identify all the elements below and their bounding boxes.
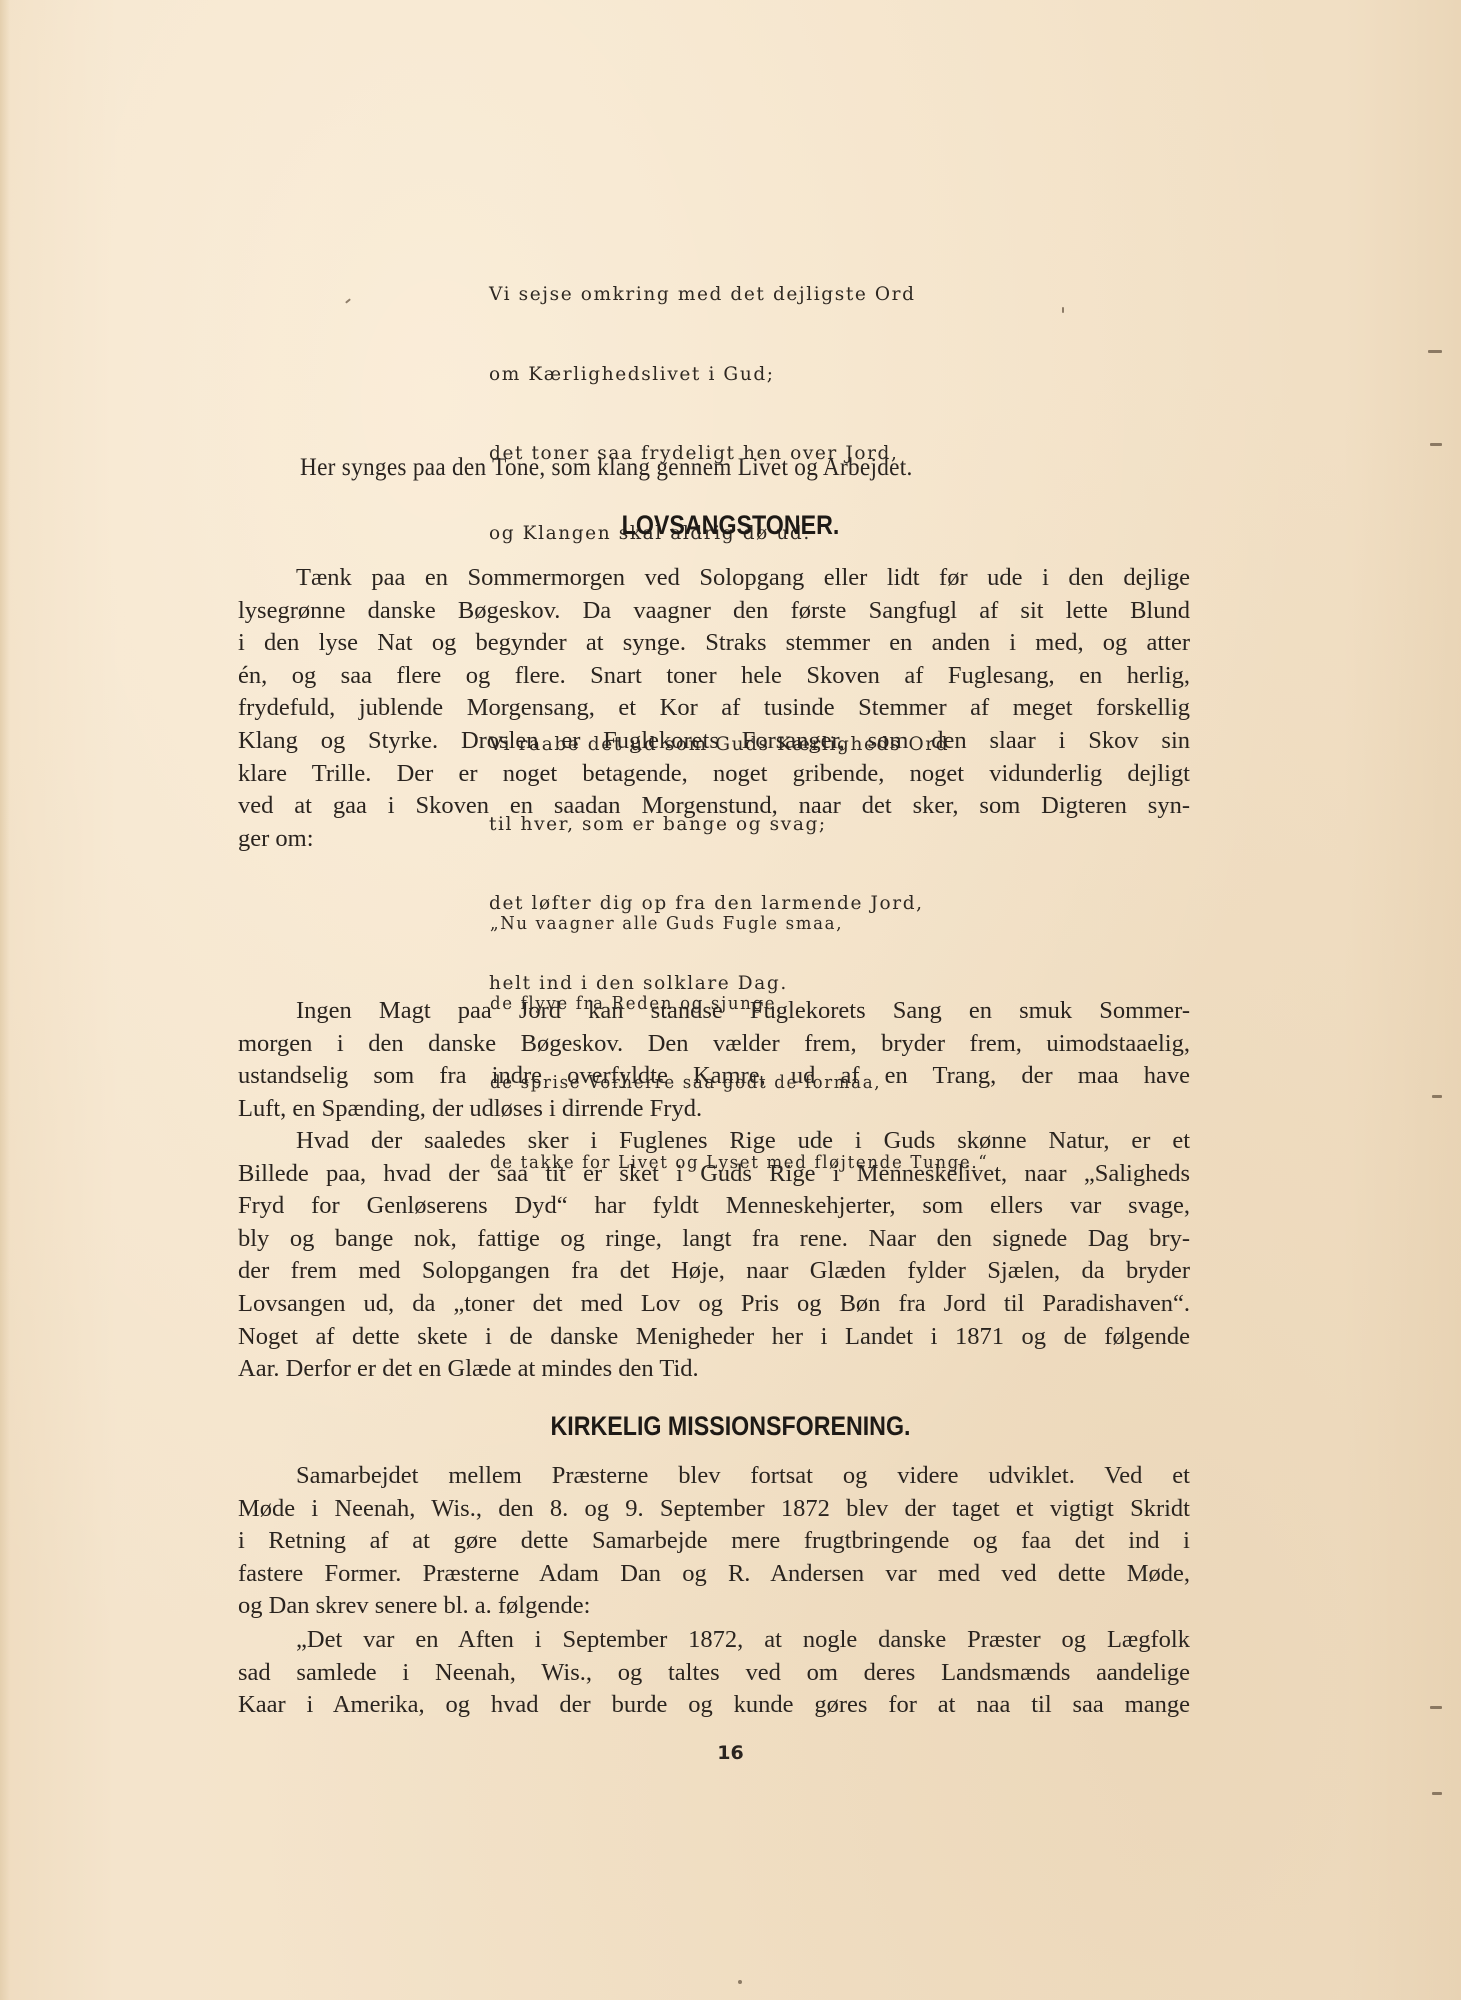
- intro-line: Her synges paa den Tone, som klang genne…: [300, 454, 913, 482]
- margin-mark: [738, 1980, 742, 1984]
- text-line: lysegrønne danske Bøgeskov. Da vaagner d…: [238, 595, 1190, 628]
- section-heading-kirkelig-missionsforening: KIRKELIG MISSIONSFORENING.: [102, 1411, 1358, 1442]
- margin-mark: [1430, 443, 1442, 446]
- text-line: ved at gaa i Skoven en saadan Morgenstun…: [238, 790, 1190, 823]
- text-line: der frem med Solopgangen fra det Høje, n…: [238, 1255, 1190, 1288]
- margin-mark: [1430, 1706, 1442, 1709]
- text-line: og Dan skrev senere bl. a. følgende:: [238, 1590, 1190, 1623]
- margin-mark: [1062, 307, 1064, 313]
- text-line: bly og bange nok, fattige og ringe, lang…: [238, 1223, 1190, 1256]
- text-line: Møde i Neenah, Wis., den 8. og 9. Septem…: [238, 1493, 1190, 1526]
- text-line: Noget af dette skete i de danske Menighe…: [238, 1321, 1190, 1354]
- text-line: Ingen Magt paa Jord kan standse Fuglekor…: [238, 995, 1190, 1028]
- text-line: fastere Former. Præsterne Adam Dan og R.…: [238, 1558, 1190, 1591]
- text-line: morgen i den danske Bøgeskov. Den vælder…: [238, 1028, 1190, 1061]
- text-line: frydefuld, jublende Morgensang, et Kor a…: [238, 692, 1190, 725]
- text-line: „Det var en Aften i September 1872, at n…: [238, 1624, 1190, 1657]
- text-line: én, og saa flere og flere. Snart toner h…: [238, 660, 1190, 693]
- text-line: Tænk paa en Sommermorgen ved Solopgang e…: [238, 562, 1190, 595]
- text-line: klare Trille. Der er noget betagende, no…: [238, 758, 1190, 791]
- text-line: Klang og Styrke. Droslen er Fuglekorets …: [238, 725, 1190, 758]
- text-line: Fryd for Genløserens Dyd“ har fyldt Menn…: [238, 1190, 1190, 1223]
- section-heading-lovsangstoner: LOVSANGSTONER.: [102, 510, 1358, 541]
- text-line: sad samlede i Neenah, Wis., og taltes ve…: [238, 1657, 1190, 1690]
- text-line: ger om:: [238, 823, 1190, 856]
- poem-line: om Kærlighedslivet i Gud;: [489, 362, 949, 389]
- text-line: Lovsangen ud, da „toner det med Lov og P…: [238, 1288, 1190, 1321]
- text-line: Billede paa, hvad der saa tit er sket i …: [238, 1158, 1190, 1191]
- text-line: Samarbejdet mellem Præsterne blev fortsa…: [238, 1460, 1190, 1493]
- text-line: i den lyse Nat og begynder at synge. Str…: [238, 627, 1190, 660]
- text-line: Aar. Derfor er det en Glæde at mindes de…: [238, 1353, 1190, 1386]
- paragraph: Tænk paa en Sommermorgen ved Solopgang e…: [238, 562, 1190, 855]
- text-line: Hvad der saaledes sker i Fuglenes Rige u…: [238, 1125, 1190, 1158]
- poem-line: „Nu vaagner alle Guds Fugle smaa,: [490, 911, 988, 938]
- paragraph: „Det var en Aften i September 1872, at n…: [238, 1624, 1190, 1722]
- page-edge: [0, 0, 10, 2000]
- page-number: 16: [0, 1742, 1461, 1764]
- poem-stanza: Vi sejse omkring med det dejligste Ord o…: [489, 229, 949, 600]
- margin-mark: [1428, 350, 1442, 353]
- margin-mark: [1432, 1792, 1442, 1795]
- poem-line: Vi sejse omkring med det dejligste Ord: [489, 282, 949, 309]
- paragraph: Hvad der saaledes sker i Fuglenes Rige u…: [238, 1125, 1190, 1386]
- paragraph: Samarbejdet mellem Præsterne blev fortsa…: [238, 1460, 1190, 1623]
- margin-mark: [1432, 1095, 1442, 1098]
- text-line: Luft, en Spænding, der udløses i dirrend…: [238, 1093, 1190, 1126]
- paragraph: Ingen Magt paa Jord kan standse Fuglekor…: [238, 995, 1190, 1125]
- text-line: i Retning af at gøre dette Samarbejde me…: [238, 1525, 1190, 1558]
- text-line: ustandselig som fra indre overfyldte Kam…: [238, 1060, 1190, 1093]
- text-line: Kaar i Amerika, og hvad der burde og kun…: [238, 1689, 1190, 1722]
